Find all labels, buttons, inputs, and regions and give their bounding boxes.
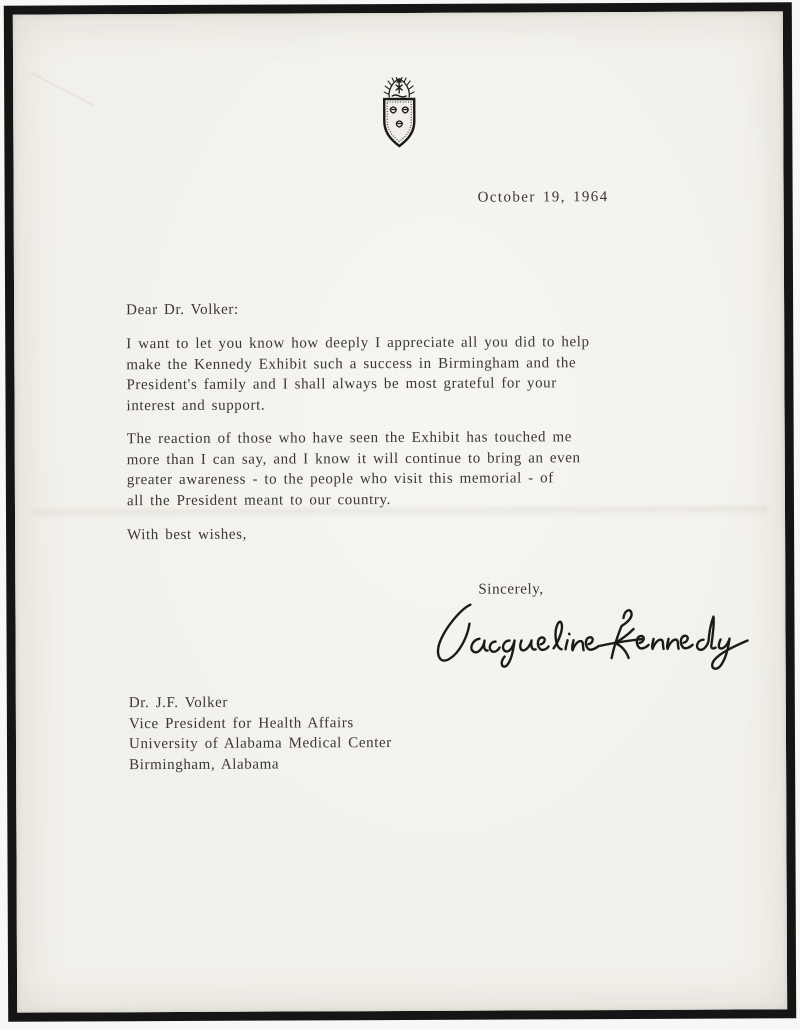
scanned-letter: October 19, 1964 Dear Dr. Volker: I want… (0, 0, 800, 1029)
scan-border-frame: October 19, 1964 Dear Dr. Volker: I want… (4, 2, 796, 1021)
date-line: October 19, 1964 (478, 187, 609, 208)
letter-page: October 19, 1964 Dear Dr. Volker: I want… (13, 11, 787, 1012)
kennedy-crest-icon (376, 77, 422, 151)
body-paragraph-1: I want to let you know how deeply I appr… (126, 332, 646, 416)
jacqueline-kennedy-signature (427, 595, 753, 680)
salutation: Dear Dr. Volker: (126, 300, 239, 321)
body-paragraph-2: The reaction of those who have seen the … (127, 427, 647, 511)
closing-wishes: With best wishes, (127, 525, 247, 546)
recipient-address-block: Dr. J.F. Volker Vice President for Healt… (129, 692, 392, 775)
corner-crease (31, 72, 93, 105)
paper-crease (33, 503, 767, 519)
